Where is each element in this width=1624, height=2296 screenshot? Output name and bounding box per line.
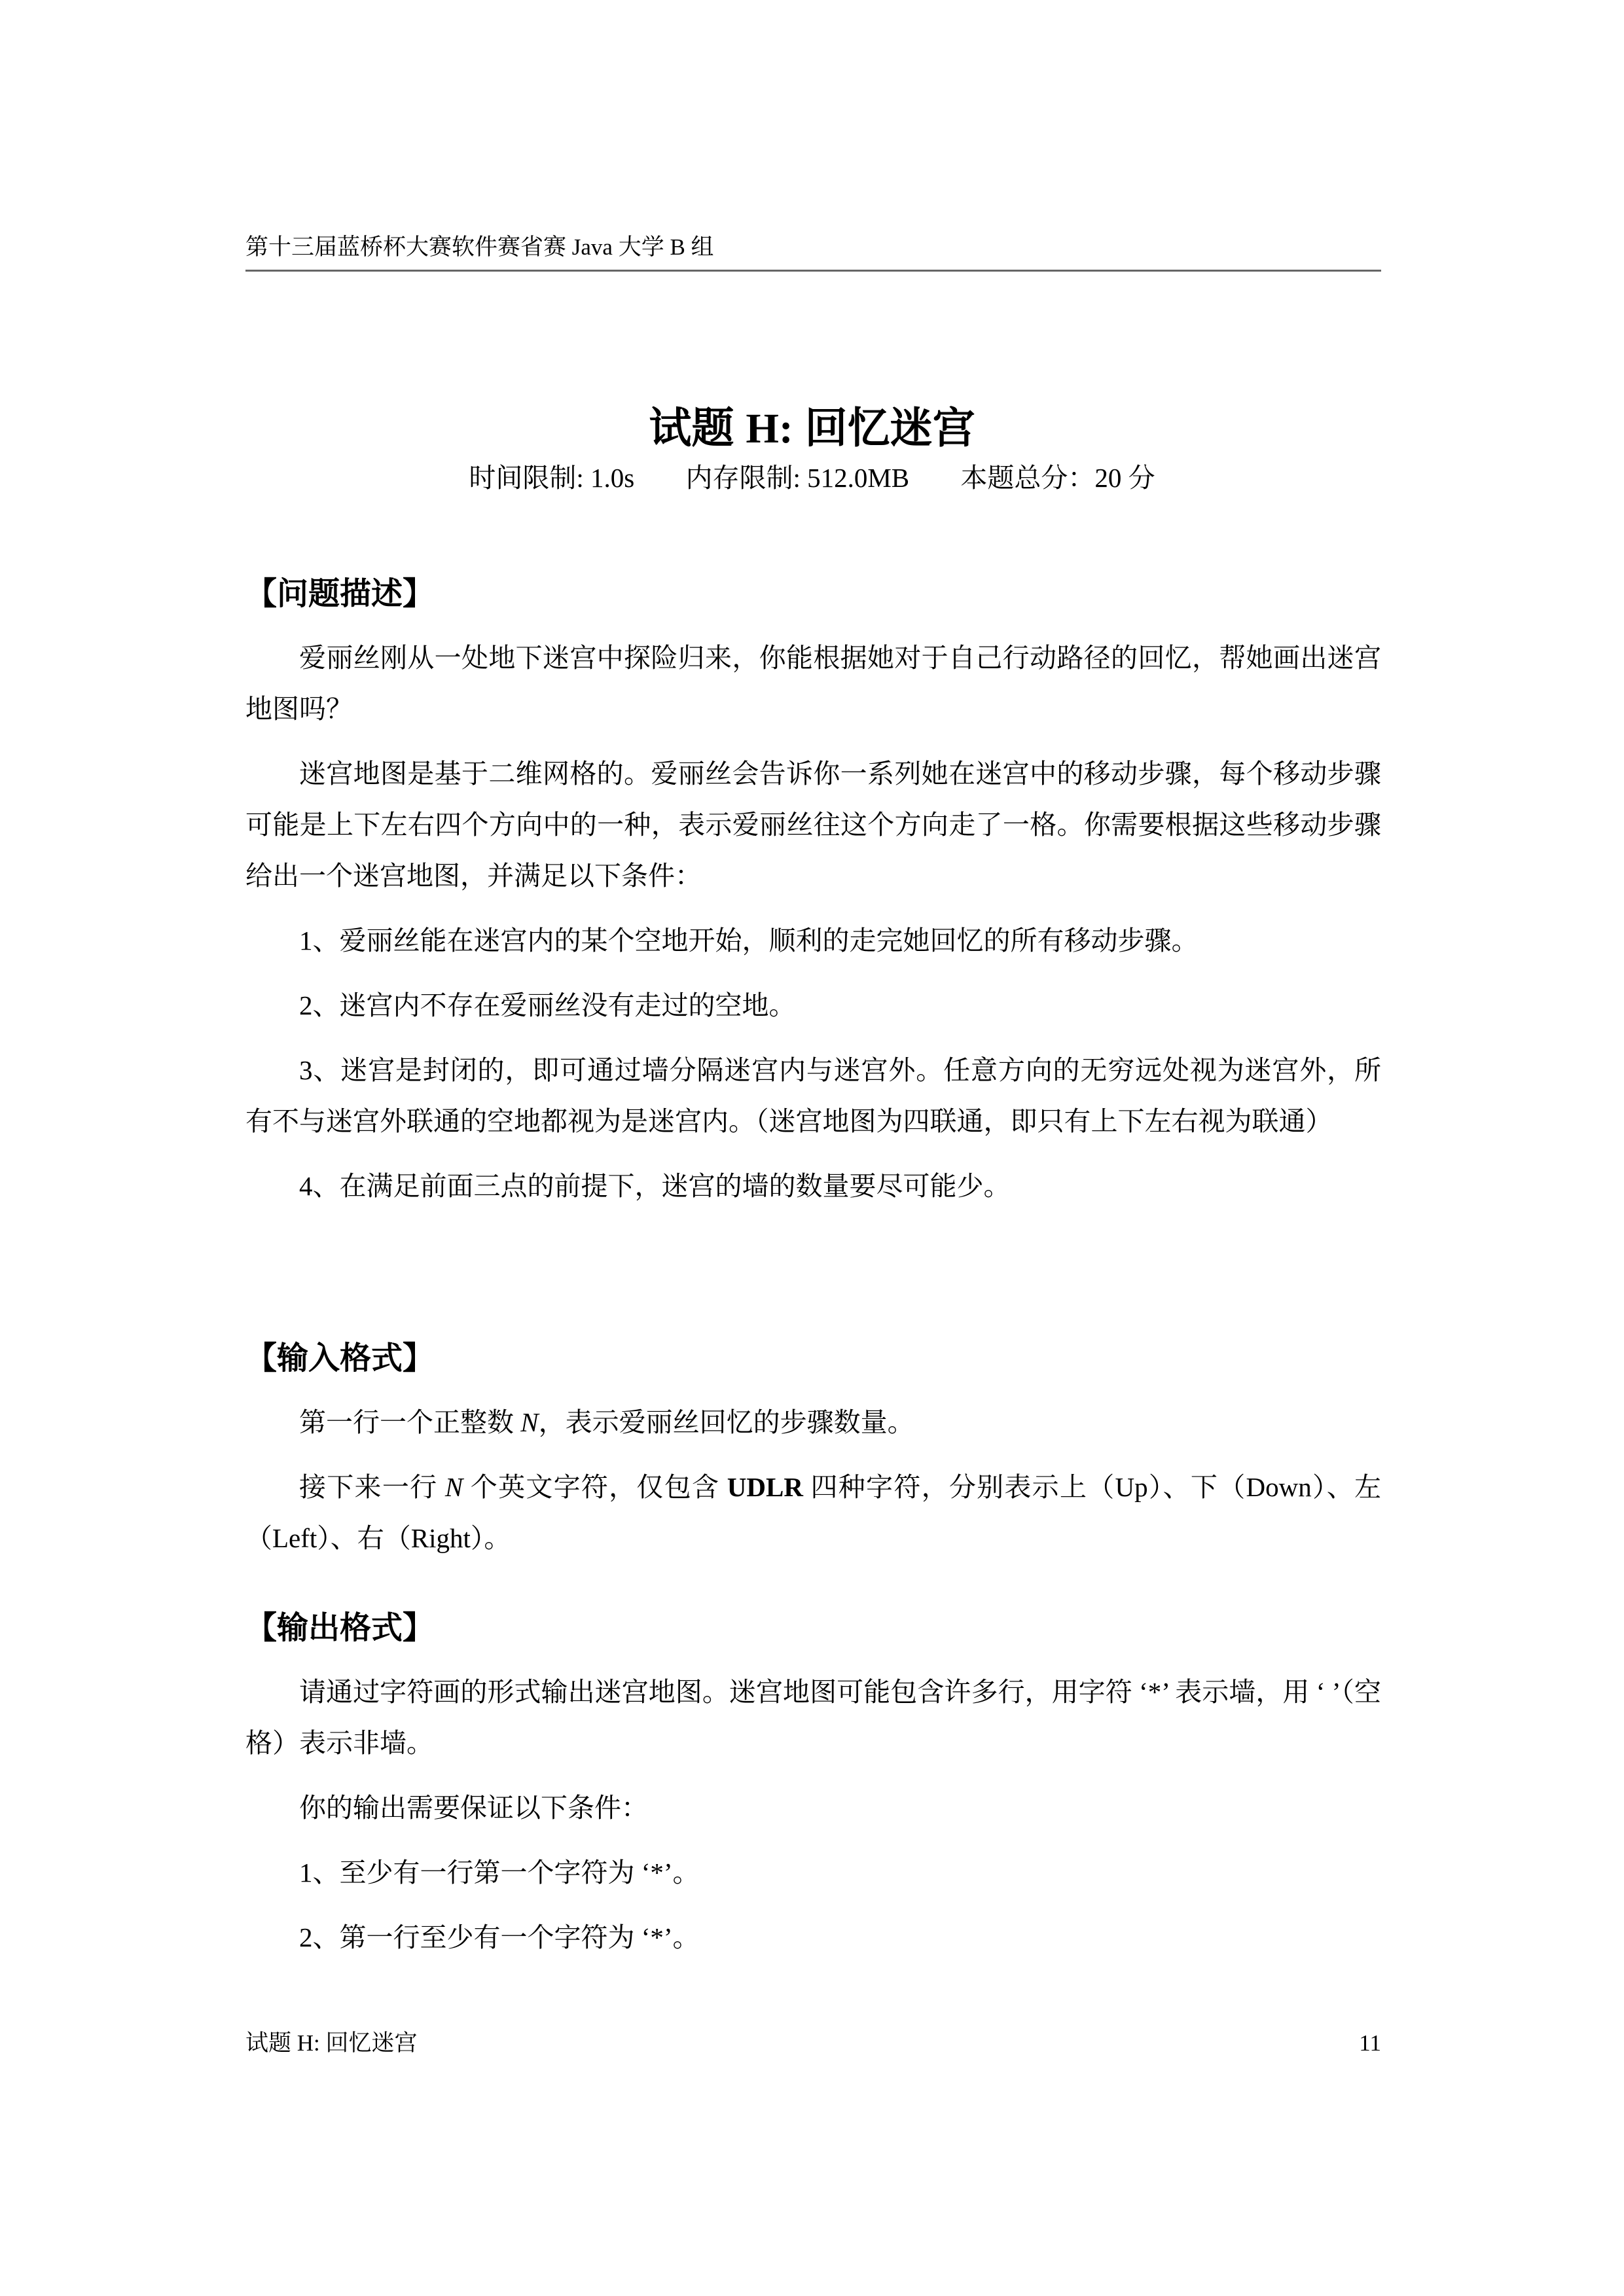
paragraph: 迷宫地图是基于二维网格的。爱丽丝会告诉你一系列她在迷宫中的移动步骤，每个移动步骤… <box>245 748 1381 901</box>
paragraph: 请通过字符画的形式输出迷宫地图。迷宫地图可能包含许多行，用字符 ‘*’ 表示墙，… <box>245 1666 1381 1768</box>
list-item: 2、第一行至少有一个字符为 ‘*’。 <box>245 1912 1381 1963</box>
page-number: 11 <box>1359 2029 1381 2058</box>
problem-title: 试题 H: 回忆迷宫 <box>0 402 1624 455</box>
list-item: 2、迷宫内不存在爱丽丝没有走过的空地。 <box>245 980 1381 1031</box>
section-heading: 【输出格式】 <box>245 1610 1381 1647</box>
limits-line: 时间限制: 1.0s 内存限制: 512.0MB 本题总分：20 分 <box>0 459 1624 496</box>
document-page: 第十三届蓝桥杯大赛软件赛省赛 Java 大学 B 组 试题 H: 回忆迷宫 时间… <box>0 0 1624 2296</box>
paragraph: 你的输出需要保证以下条件： <box>245 1782 1381 1833</box>
list-item: 1、爱丽丝能在迷宫内的某个空地开始，顺利的走完她回忆的所有移动步骤。 <box>245 915 1381 966</box>
total-score: 本题总分：20 分 <box>960 463 1155 493</box>
section-input-format: 【输入格式】 第一行一个正整数 N，表示爱丽丝回忆的步骤数量。 接下来一行 N … <box>245 1340 1381 1564</box>
memory-limit: 内存限制: 512.0MB <box>685 463 909 493</box>
section-output-format: 【输出格式】 请通过字符画的形式输出迷宫地图。迷宫地图可能包含许多行，用字符 ‘… <box>245 1610 1381 1963</box>
list-item: 4、在满足前面三点的前提下，迷宫的墙的数量要尽可能少。 <box>245 1160 1381 1211</box>
section-heading: 【问题描述】 <box>245 576 1381 613</box>
paragraph: 接下来一行 N 个英文字符，仅包含 UDLR 四种字符，分别表示上（Up）、下（… <box>245 1462 1381 1564</box>
list-item: 3、迷宫是封闭的，即可通过墙分隔迷宫内与迷宫外。任意方向的无穷远处视为迷宫外，所… <box>245 1045 1381 1147</box>
header-title: 第十三届蓝桥杯大赛软件赛省赛 Java 大学 B 组 <box>245 234 714 260</box>
list-item: 1、至少有一行第一个字符为 ‘*’。 <box>245 1847 1381 1898</box>
footer-title: 试题 H: 回忆迷宫 <box>245 2029 418 2058</box>
page-header: 第十三届蓝桥杯大赛软件赛省赛 Java 大学 B 组 <box>245 233 1381 272</box>
page-footer: 试题 H: 回忆迷宫 11 <box>245 2029 1381 2058</box>
paragraph: 爱丽丝刚从一处地下迷宫中探险归来，你能根据她对于自己行动路径的回忆，帮她画出迷宫… <box>245 632 1381 734</box>
section-problem-description: 【问题描述】 爱丽丝刚从一处地下迷宫中探险归来，你能根据她对于自己行动路径的回忆… <box>245 576 1381 1211</box>
time-limit: 时间限制: 1.0s <box>469 463 634 493</box>
paragraph: 第一行一个正整数 N，表示爱丽丝回忆的步骤数量。 <box>245 1397 1381 1448</box>
section-heading: 【输入格式】 <box>245 1340 1381 1377</box>
